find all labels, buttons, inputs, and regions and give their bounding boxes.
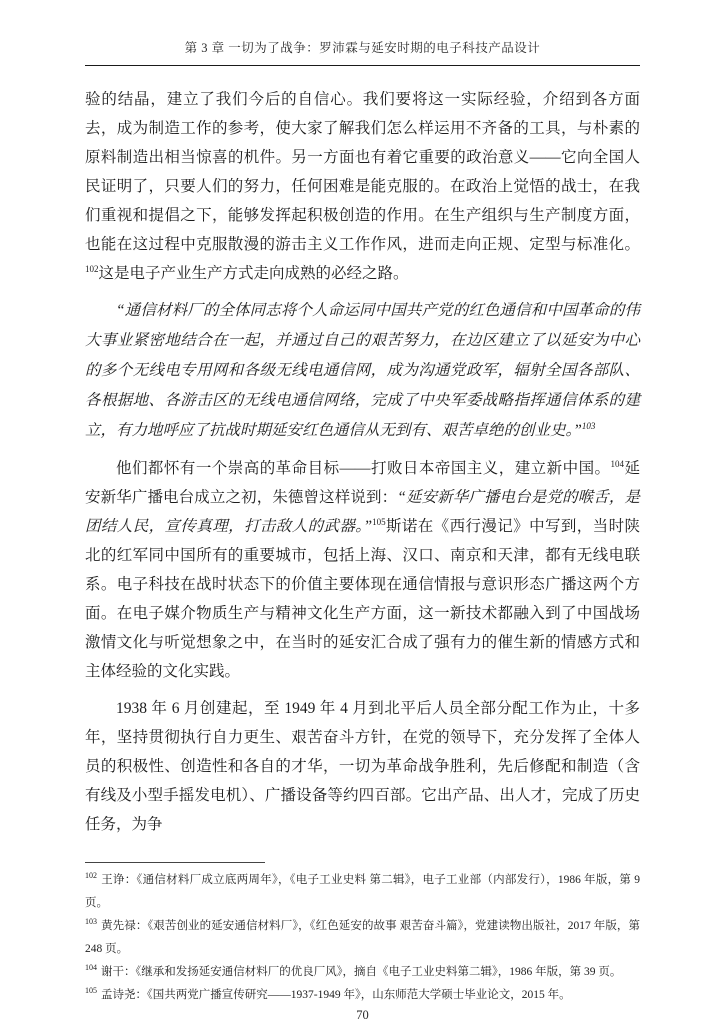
page-number: 70 — [85, 1008, 640, 1023]
body-text: 验的结晶，建立了我们今后的自信心。我们要将这一实际经验，介绍到各方面去，成为制造… — [85, 85, 640, 839]
footnote-text: 王诤：《通信材料厂成立底两周年》，《电子工业史料 第二辑》，电子工业部（内部发行… — [85, 874, 640, 909]
footnote-reference: 103 — [582, 421, 596, 431]
paragraph: 他们都怀有一个崇高的革命目标——打败日本帝国主义，建立新中国。104延安新华广播… — [85, 454, 640, 686]
footnote-text: 黄先禄：《艰苦创业的延安通信材料厂》，《红色延安的故事 艰苦奋斗篇》，党建读物出… — [85, 920, 640, 955]
footnote-number: 102 — [85, 871, 97, 880]
paragraph: 验的结晶，建立了我们今后的自信心。我们要将这一实际经验，介绍到各方面去，成为制造… — [85, 85, 640, 288]
footnote: 104谢干：《继承和发扬延安通信材料厂的优良厂风》，摘自《电子工业史料第二辑》，… — [85, 961, 640, 984]
paragraph-text: 1938 年 6 月创建起，至 1949 年 4 月到北平后人员全部分配工作为止… — [85, 700, 640, 833]
footnote-number: 104 — [85, 963, 97, 972]
block-quote-paragraph: “通信材料厂的全体同志将个人命运同中国共产党的红色通信和中国革命的伟大事业紧密地… — [85, 296, 640, 446]
paragraph-text: 斯诺在《西行漫记》中写到，当时陕北的红军同中国所有的重要城市，包括上海、汉口、南… — [85, 518, 640, 680]
footnotes-section: 102王诤：《通信材料厂成立底两周年》，《电子工业史料 第二辑》，电子工业部（内… — [85, 869, 640, 1007]
footnote-text: 孟诗尧：《国共两党广播宣传研究——1937-1949 年》，山东师范大学硕士毕业… — [101, 989, 571, 1001]
document-page: 第 3 章 一切为了战争：罗沛霖与延安时期的电子科技产品设计 验的结晶，建立了我… — [0, 0, 724, 1023]
footnote-reference: 104 — [611, 459, 625, 469]
paragraph-text: “通信材料厂的全体同志将个人命运同中国共产党的红色通信和中国革命的伟大事业紧密地… — [85, 302, 640, 439]
footnote: 103黄先禄：《艰苦创业的延安通信材料厂》，《红色延安的故事 艰苦奋斗篇》，党建… — [85, 915, 640, 961]
header-rule — [85, 65, 640, 66]
footnote: 105孟诗尧：《国共两党广播宣传研究——1937-1949 年》，山东师范大学硕… — [85, 984, 640, 1007]
paragraph-text: 这是电子产业生产方式走向成熟的必经之路。 — [99, 265, 409, 282]
footnote-number: 105 — [85, 986, 97, 995]
paragraph: 1938 年 6 月创建起，至 1949 年 4 月到北平后人员全部分配工作为止… — [85, 694, 640, 839]
footnote-text: 谢干：《继承和发扬延安通信材料厂的优良厂风》，摘自《电子工业史料第二辑》，198… — [101, 966, 621, 978]
footnote-separator — [85, 862, 265, 863]
footnote-number: 103 — [85, 917, 97, 926]
paragraph-text: 他们都怀有一个崇高的革命目标——打败日本帝国主义，建立新中国。 — [116, 460, 611, 477]
paragraph-text: 验的结晶，建立了我们今后的自信心。我们要将这一实际经验，介绍到各方面去，成为制造… — [85, 91, 640, 253]
footnote-reference: 102 — [85, 264, 99, 274]
footnote-reference: 105 — [372, 517, 386, 527]
footnote: 102王诤：《通信材料厂成立底两周年》，《电子工业史料 第二辑》，电子工业部（内… — [85, 869, 640, 915]
running-header: 第 3 章 一切为了战争：罗沛霖与延安时期的电子科技产品设计 — [85, 40, 640, 56]
